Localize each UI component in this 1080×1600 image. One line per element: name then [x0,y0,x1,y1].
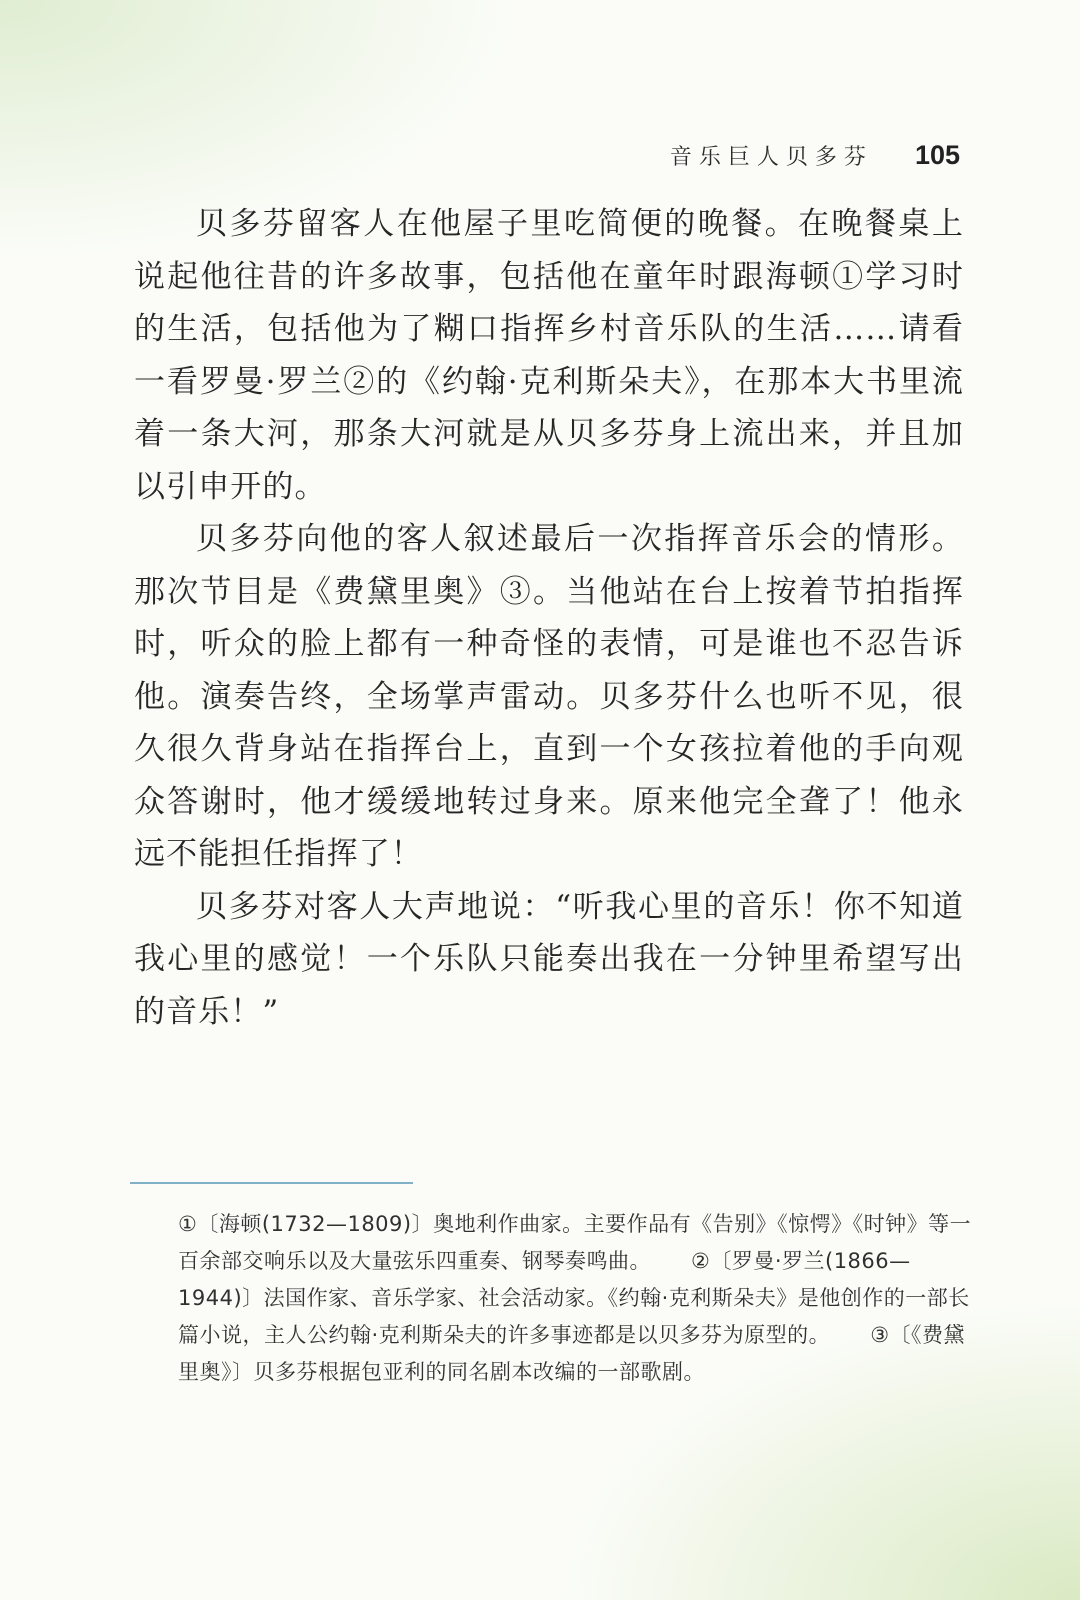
page-number: 105 [915,140,960,171]
paragraph-2: 贝多芬向他的客人叙述最后一次指挥音乐会的情形。那次节目是《费黛里奥》③。当他站在… [134,513,964,881]
paragraph-1: 贝多芬留客人在他屋子里吃简便的晚餐。在晚餐桌上说起他往昔的许多故事，包括他在童年… [134,198,964,513]
footnote-divider [130,1182,413,1184]
running-title: 音乐巨人贝多芬 [670,140,873,171]
main-text: 贝多芬留客人在他屋子里吃简便的晚餐。在晚餐桌上说起他往昔的许多故事，包括他在童年… [134,198,964,1038]
footnotes: ①〔海顿(1732—1809)〕奥地利作曲家。主要作品有《告别》《惊愕》《时钟》… [178,1206,978,1391]
paragraph-3: 贝多芬对客人大声地说：“听我心里的音乐！你不知道我心里的感觉！一个乐队只能奏出我… [134,881,964,1039]
running-header: 音乐巨人贝多芬 105 [670,140,960,171]
book-page: 音乐巨人贝多芬 105 贝多芬留客人在他屋子里吃简便的晚餐。在晚餐桌上说起他往昔… [0,0,1080,1600]
